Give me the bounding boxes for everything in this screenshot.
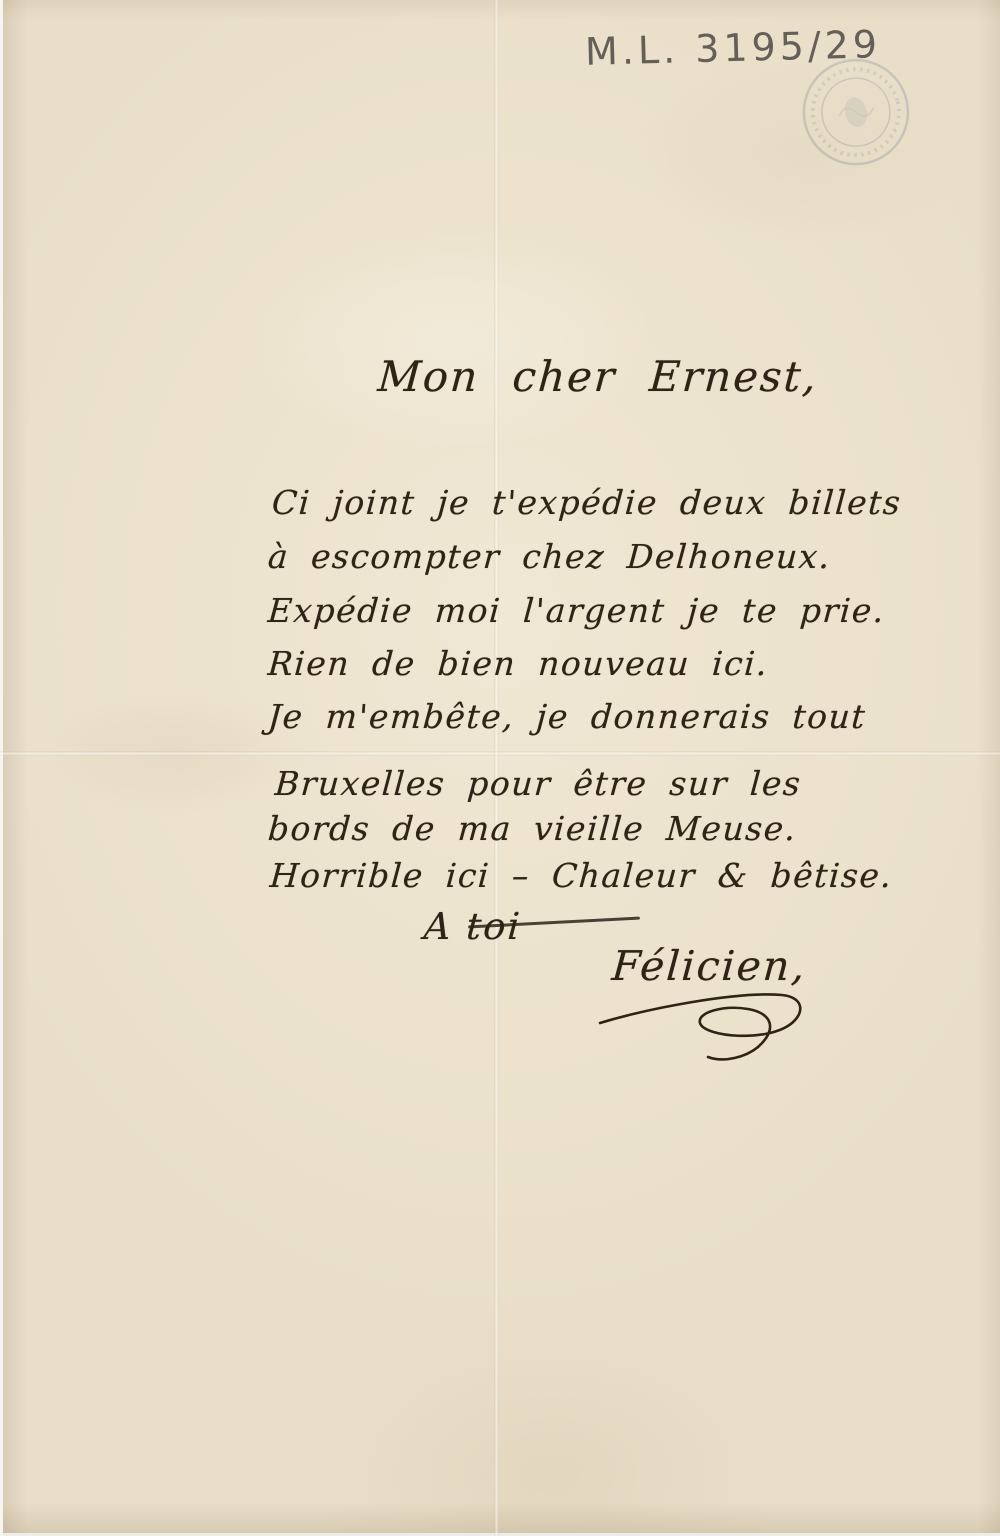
scanned-letter-page: M.L. 3195/29 Mon cher Ernest, Ci joint j… xyxy=(0,0,1000,1536)
letter-body-line: à escompter chez Delhoneux. xyxy=(267,537,833,576)
letter-body-line: Rien de bien nouveau ici. xyxy=(267,644,770,683)
signature-flourish xyxy=(596,985,816,1075)
letter-body-line: Ci joint je t'expédie deux billets xyxy=(271,483,903,522)
letter-body-line: Horrible ici – Chaleur & bêtise. xyxy=(269,856,894,895)
letter-body-line: Bruxelles pour être sur les xyxy=(274,764,803,803)
letter-signature: Félicien, xyxy=(610,942,808,990)
letter-body-line: Expédie moi l'argent je te prie. xyxy=(267,591,887,630)
letter-body-line: Je m'embête, je donnerais tout xyxy=(267,697,868,736)
letter-salutation: Mon cher Ernest, xyxy=(376,352,819,401)
letter-body-line: bords de ma vieille Meuse. xyxy=(267,809,799,848)
horizontal-fold-crease xyxy=(0,751,1000,756)
